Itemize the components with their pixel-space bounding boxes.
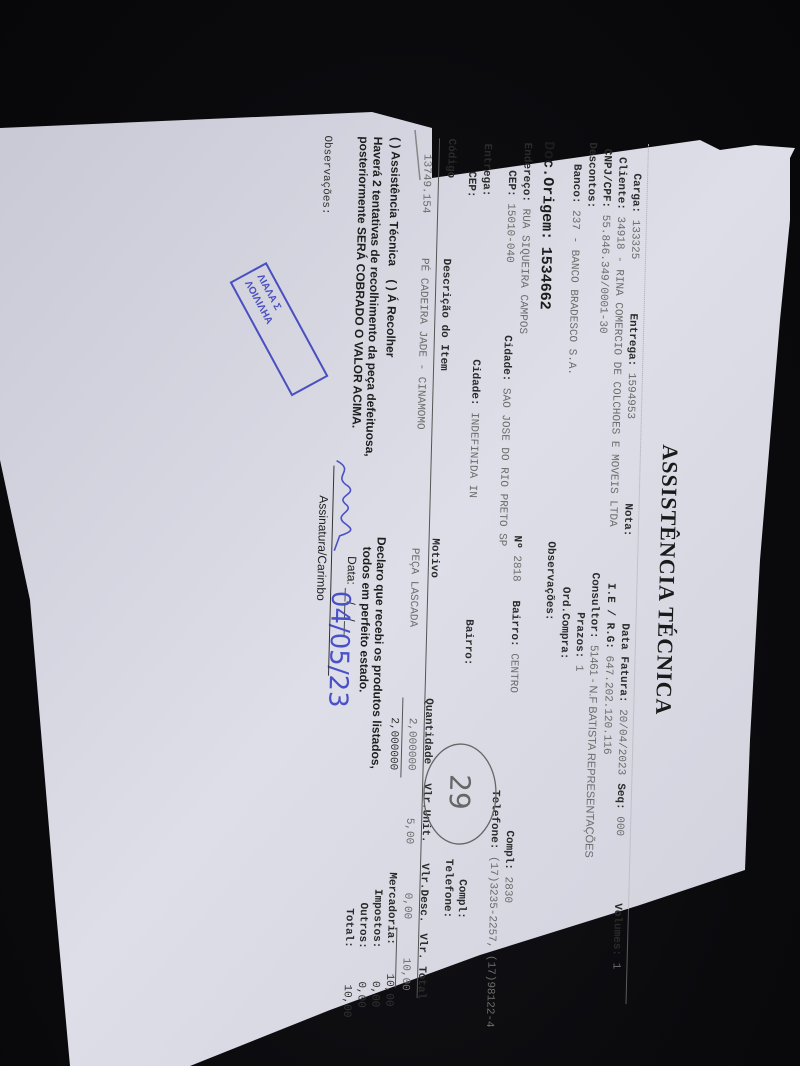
prazos-field: Prazos: 1 — [572, 612, 586, 672]
telefone-entrega-field: Telefone: — [441, 859, 455, 919]
cidade-entrega-field: Cidade: INDEFINIDA IN — [466, 359, 482, 498]
observacoes-field: Observações: — [543, 541, 557, 621]
item-codigo: 13749.154 — [419, 154, 433, 214]
cep-field: CEP: 15010-040 — [503, 170, 517, 263]
a-recolher-checkbox[interactable]: ( ) Á Recolher — [383, 279, 399, 357]
item-quantidade: 2,000000 — [405, 718, 418, 771]
nota-field: Nota: — [621, 503, 634, 536]
divider — [626, 144, 650, 1004]
entrega-address-label: Entrega: — [480, 143, 493, 196]
cep-entrega-field: CEP: — [465, 171, 478, 198]
signature-scribble — [319, 455, 367, 576]
entrega-field: Entrega: 1594953 — [624, 313, 639, 419]
handwritten-date: 04/05/23 — [322, 590, 355, 708]
qty-rule — [400, 698, 403, 778]
ie-rg-field: I.E / R.G: 647.202.120.116 — [600, 583, 616, 755]
assistencia-tecnica-checkbox[interactable]: ( ) Assistência Técnica — [386, 137, 403, 266]
item-vlr-unit: 5,00 — [403, 818, 416, 845]
doc-origem-field: Doc.Origem: 1534662 — [536, 141, 557, 310]
handwritten-circle-note: 29 — [419, 738, 502, 850]
footer-observacoes-label: Observações: — [319, 135, 333, 215]
ord-compra-field: Ord.Compra: — [557, 587, 571, 660]
svg-text:29: 29 — [443, 774, 477, 810]
carga-field: Carga: 133325 — [628, 173, 642, 259]
service-type-options: ( ) Assistência Técnica ( ) Á Recolher — [383, 137, 403, 358]
compl-entrega-field: Compl: — [455, 879, 468, 919]
company-stamp: ΛΙΑΛΑ Σ ΛΟΙΛΙΛΗΑ — [230, 262, 329, 396]
document-title: ASSISTÊNCIA TÉCNICA — [650, 444, 683, 716]
cidade-field: Cidade: SAO JOSE DO RIO PRETO SP — [495, 335, 513, 547]
banco-field: Banco: 237 - BANCO BRADESCO S.A. — [565, 164, 583, 375]
item-motivo: PEÇA LASCADA — [406, 548, 420, 628]
col-codigo: Código — [444, 138, 457, 178]
data-fatura-field: Data Fatura: 20/04/2023 — [614, 623, 630, 775]
bairro-field: Bairro: CENTRO — [507, 600, 521, 693]
bairro-entrega-field: Bairro: — [461, 619, 474, 666]
cnpj-field: CNPJ/CPF: 55.846.349/0001-30 — [596, 149, 613, 334]
endereco-field: Endereço: RUA SIQUEIRA CAMPOS — [516, 142, 533, 334]
item-descricao: PÉ CADEIRA JADE - CINAMOMO — [413, 258, 429, 430]
item-vlr-total: 10,00 — [399, 958, 412, 991]
numero-field: Nº 2818 — [510, 535, 523, 582]
descontos-field: Descontos: — [584, 142, 598, 208]
item-vlr-desc: 0,00 — [401, 893, 414, 920]
outros-total: Outros: 0,00 — [354, 902, 369, 1008]
impostos-total: Impostos: 0,00 — [368, 889, 383, 1008]
quantidade-total: 2,000000 — [387, 717, 400, 770]
volumes-field: Volumes: 1 — [609, 903, 623, 969]
compl-field: Compl: 2830 — [501, 830, 515, 903]
col-descricao: Descrição do Item — [437, 258, 452, 370]
assistencia-tecnica-receipt: ASSISTÊNCIA TÉCNICA Carga: 133325 Entreg… — [213, 133, 695, 1005]
col-motivo: Motivo — [428, 538, 441, 578]
seq-field: Seq: 000 — [613, 783, 626, 836]
